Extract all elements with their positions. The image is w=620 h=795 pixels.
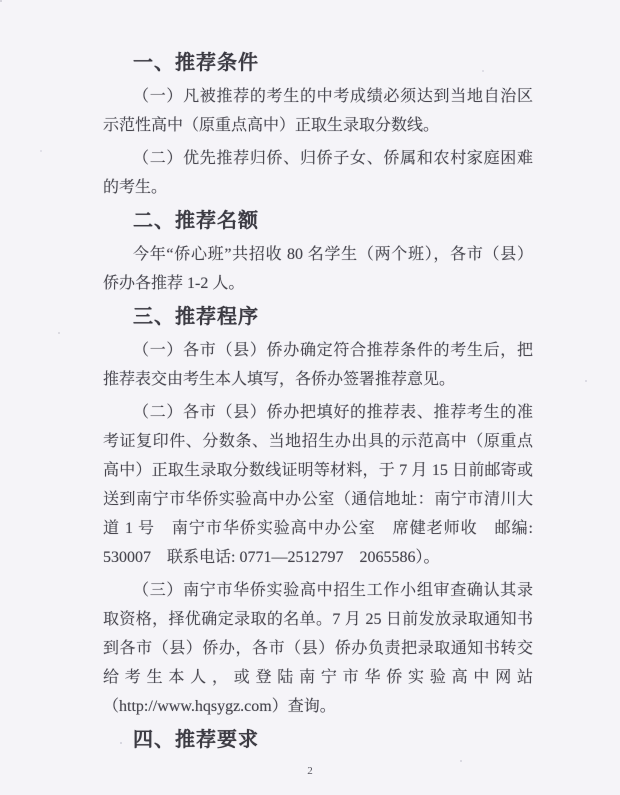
doc-line: 示范性高中（原重点高中）正取生录取分数线。	[103, 111, 533, 140]
document-body: 一、推荐条件 （一）凡被推荐的考生的中考成绩必须达到当地自治区 示范性高中（原重…	[103, 44, 533, 756]
page-number: 2	[0, 765, 620, 777]
doc-line: 高中）正取生录取分数线证明等材料，于 7 月 15 日前邮寄或	[103, 456, 533, 485]
doc-line: 道 1 号 南宁市华侨实验高中办公室 席健老师收 邮编:	[103, 514, 533, 543]
section-heading-recommendation-procedure: 三、推荐程序	[103, 303, 533, 332]
doc-line: （一）各市（县）侨办确定符合推荐条件的考生后，把	[103, 336, 533, 365]
doc-line: 推荐表交由考生本人填写，各侨办签署推荐意见。	[103, 365, 533, 394]
section-heading-recommendation-requirements: 四、推荐要求	[103, 726, 533, 755]
doc-line-contact-phone: 530007 联系电话: 0771—2512797 2065586）。	[103, 543, 533, 572]
doc-line: 到各市（县）侨办，各市（县）侨办负责把录取通知书转交	[103, 634, 533, 663]
doc-line: （一）凡被推荐的考生的中考成绩必须达到当地自治区	[103, 82, 533, 111]
doc-line: （二）各市（县）侨办把填好的推荐表、推荐考生的准	[103, 398, 533, 427]
doc-line: 取资格，择优确定录取的名单。7 月 25 日前发放录取通知书	[103, 605, 533, 634]
doc-line: 给考生本人，或登陆南宁市华侨实验高中网站	[103, 663, 533, 692]
section-heading-recommendation-quota: 二、推荐名额	[103, 207, 533, 236]
doc-line: 考证复印件、分数条、当地招生办出具的示范高中（原重点	[103, 427, 533, 456]
doc-line: （二）优先推荐归侨、归侨子女、侨属和农村家庭困难	[103, 144, 533, 173]
doc-line: 今年“侨心班”共招收 80 名学生（两个班），各市（县）	[103, 240, 533, 269]
doc-line-website-url: （http://www.hqsygz.com）查询。	[103, 692, 533, 721]
doc-line: （三）南宁市华侨实验高中招生工作小组审查确认其录	[103, 576, 533, 605]
doc-line: 侨办各推荐 1-2 人。	[103, 269, 533, 298]
section-heading-recommendation-conditions: 一、推荐条件	[103, 49, 533, 78]
scanned-document-page: 一、推荐条件 （一）凡被推荐的考生的中考成绩必须达到当地自治区 示范性高中（原重…	[0, 0, 620, 795]
doc-line: 的考生。	[103, 173, 533, 202]
doc-line: 送到南宁市华侨实验高中办公室（通信地址：南宁市清川大	[103, 485, 533, 514]
